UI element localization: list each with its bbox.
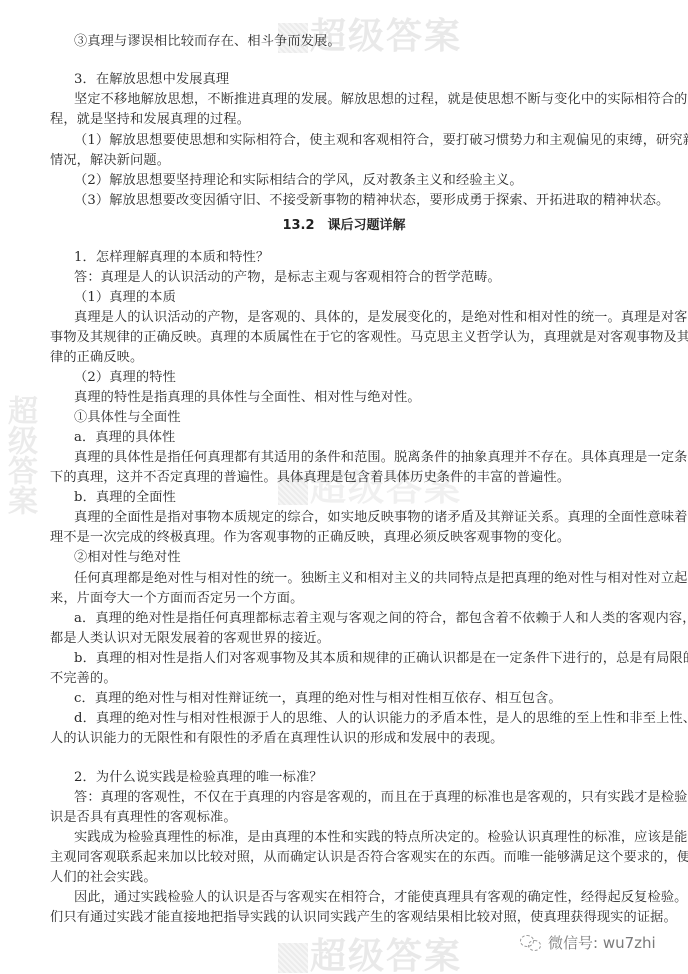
watermark-bottom: 超级答案 <box>278 928 462 974</box>
watermark-left-vertical: 超级答案 <box>8 395 42 515</box>
paragraph-line: 坚定不移地解放思想，不断推进真理的发展。解放思想的过程，就是使思想不断与变化中的… <box>74 92 674 108</box>
paragraph-line: 因此，通过实践检验人的认识是否与客观实在相符合，才能使真理具有客观的确定性，经得… <box>74 890 674 906</box>
paragraph-line: 律的正确反映。 <box>50 350 650 366</box>
paragraph-line: 真理的具体性是指任何真理都有其适用的条件和范围。脱离条件的抽象真理并不存在。具体… <box>74 450 674 466</box>
answer-line: 答：真理是人的认识活动的产物，是标志主观与客观相符合的哲学范畴。 <box>74 270 674 286</box>
wechat-id-badge: 微信号: wu7zhi <box>520 932 656 953</box>
wechat-id-label: 微信号: wu7zhi <box>548 932 656 953</box>
paragraph-line: 程，就是坚持和发展真理的过程。 <box>50 112 650 128</box>
paragraph-line: 人们的社会实践。 <box>50 870 650 886</box>
paragraph-line: 都是人类认识对无限发展着的客观世界的接近。 <box>50 631 650 647</box>
paragraph-line: 理不是一次完成的终极真理。作为客观事物的正确反映，真理必须反映客观事物的变化。 <box>50 530 650 546</box>
paragraph-line: （1）真理的本质 <box>74 290 674 306</box>
paragraph-line: （2）解放思想要坚持理论和实际相结合的学风，反对教条主义和经验主义。 <box>74 173 674 189</box>
paragraph-line: 们只有通过实践才能直接地把指导实践的认识同实践产生的客观结果相比较对照，使真理获… <box>50 910 650 926</box>
paragraph-line: ③真理与谬误相比较而存在、相斗争而发展。 <box>74 34 674 50</box>
paragraph-line: d．真理的绝对性与相对性根源于人的思维、人的认识能力的矛盾本性，是人的思维的至上… <box>74 711 674 727</box>
paragraph-line: a．真理的具体性 <box>74 430 674 446</box>
paragraph-line: （2）真理的特性 <box>74 370 674 386</box>
paragraph-line: （1）解放思想要使思想和实际相符合，使主观和客观相符合，要打破习惯势力和主观偏见… <box>74 133 674 149</box>
document-page: 超级答案 超级答案 超级答案 超级答案 ③真理与谬误相比较而存在、相斗争而发展。… <box>0 0 688 974</box>
paragraph-line: 人的认识能力的无限性和有限性的矛盾在真理性认识的形成和发展中的表现。 <box>50 731 650 747</box>
question-title: 1．怎样理解真理的本质和特性？ <box>74 250 674 266</box>
paragraph-line: 来，片面夸大一个方面而否定另一个方面。 <box>50 591 650 607</box>
answer-line: 答：真理的客观性，不仅在于真理的内容是客观的，而且在于真理的标准也是客观的，只有… <box>74 790 674 806</box>
section-heading: 13.2 课后习题详解 <box>0 214 688 233</box>
paragraph-line: b．真理的相对性是指人们对客观事物及其本质和规律的正确认识都是在一定条件下进行的… <box>74 651 674 667</box>
paragraph-line: 任何真理都是绝对性与相对性的统一。独断主义和相对主义的共同特点是把真理的绝对性与… <box>74 571 674 587</box>
paragraph-line: 不完善的。 <box>50 671 650 687</box>
paragraph-line: 真理的全面性是指对事物本质规定的综合，如实地反映事物的诸矛盾及其辩证关系。真理的… <box>74 510 674 526</box>
watermark-logo-icon <box>278 943 308 973</box>
paragraph-line: 情况，解决新问题。 <box>50 153 650 169</box>
paragraph-line: ②相对性与绝对性 <box>74 550 674 566</box>
paragraph-line: 真理的特性是指真理的具体性与全面性、相对性与绝对性。 <box>74 390 674 406</box>
question-title: 2．为什么说实践是检验真理的唯一标准？ <box>74 770 674 786</box>
paragraph-line: 主观同客观联系起来加以比较对照，从而确定认识是否符合客观实在的东西。而唯一能够满… <box>50 850 650 866</box>
paragraph-line: （3）解放思想要改变因循守旧、不接受新事物的精神状态，要形成勇于探索、开拓进取的… <box>74 193 674 209</box>
paragraph-line: 事物及其规律的正确反映。真理的本质属性在于它的客观性。马克思主义哲学认为，真理就… <box>50 330 650 346</box>
paragraph-line: b．真理的全面性 <box>74 490 674 506</box>
paragraph-line: a．真理的绝对性是指任何真理都标志着主观与客观之间的符合，都包含着不依赖于人和人… <box>74 611 674 627</box>
paragraph-line: 实践成为检验真理性的标准，是由真理的本性和实践的特点所决定的。检验认识真理性的标… <box>74 830 674 846</box>
paragraph-line: 下的真理，这并不否定真理的普遍性。具体真理是包含着具体历史条件的丰富的普遍性。 <box>50 470 650 486</box>
paragraph-line: 真理是人的认识活动的产物，是客观的、具体的，是发展变化的，是绝对性和相对性的统一… <box>74 310 674 326</box>
wechat-icon <box>520 935 542 951</box>
paragraph-line: c．真理的绝对性与相对性辩证统一，真理的绝对性与相对性相互依存、相互包含。 <box>74 691 674 707</box>
subsection-title: 3．在解放思想中发展真理 <box>74 72 674 88</box>
paragraph-line: 识是否具有真理性的客观标准。 <box>50 810 650 826</box>
paragraph-line: ①具体性与全面性 <box>74 410 674 426</box>
